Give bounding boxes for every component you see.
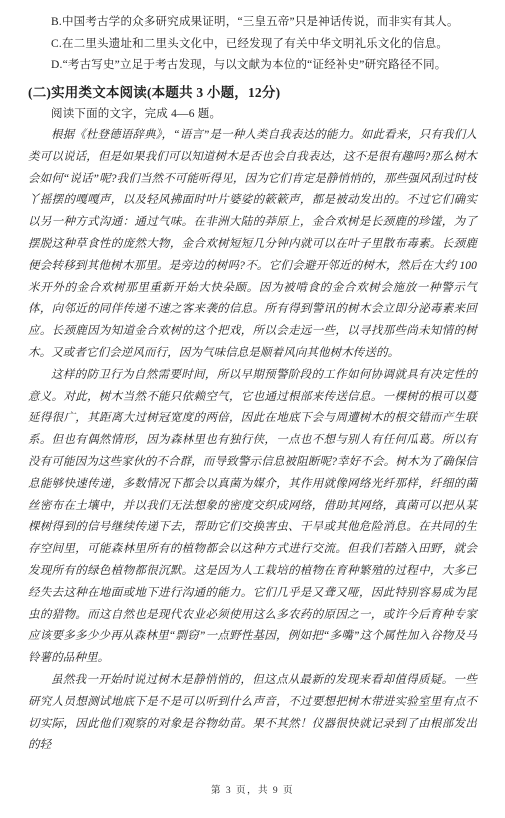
reading-instruction: 阅读下面的文字，完成 4—6 题。 xyxy=(28,104,477,126)
exam-page: B.中国考古学的众多研究成果证明，“三皇五帝”只是神话传说，而非实有其人。 C.… xyxy=(0,0,505,818)
choice-options: B.中国考古学的众多研究成果证明，“三皇五帝”只是神话传说，而非实有其人。 C.… xyxy=(28,12,477,77)
section-heading: (二)实用类文本阅读(本题共 3 小题，12分) xyxy=(28,82,477,104)
option-b: B.中国考古学的众多研究成果证明，“三皇五帝”只是神话传说，而非实有其人。 xyxy=(28,12,477,34)
page-number-footer: 第 3 页，共 9 页 xyxy=(0,782,505,796)
passage-paragraph-2: 这样的防卫行为自然需要时间，所以早期预警阶段的工作如何协调就具有决定性的意义。对… xyxy=(28,365,477,670)
reading-passage: 根据《杜登德语辞典》，“语言”是一种人类自我表达的能力。如此看来，只有我们人类可… xyxy=(28,125,477,757)
passage-paragraph-1: 根据《杜登德语辞典》，“语言”是一种人类自我表达的能力。如此看来，只有我们人类可… xyxy=(28,125,477,365)
passage-paragraph-3: 虽然我一开始时说过树木是静悄悄的，但这点从最新的发现来看却值得质疑。一些研究人员… xyxy=(28,670,477,757)
option-c: C.在二里头遗址和二里头文化中，已经发现了有关中华文明礼乐文化的信息。 xyxy=(28,34,477,56)
option-d: D.“考古写史”立足于考古发现，与以文献为本位的“证经补史”研究路径不同。 xyxy=(28,55,477,77)
